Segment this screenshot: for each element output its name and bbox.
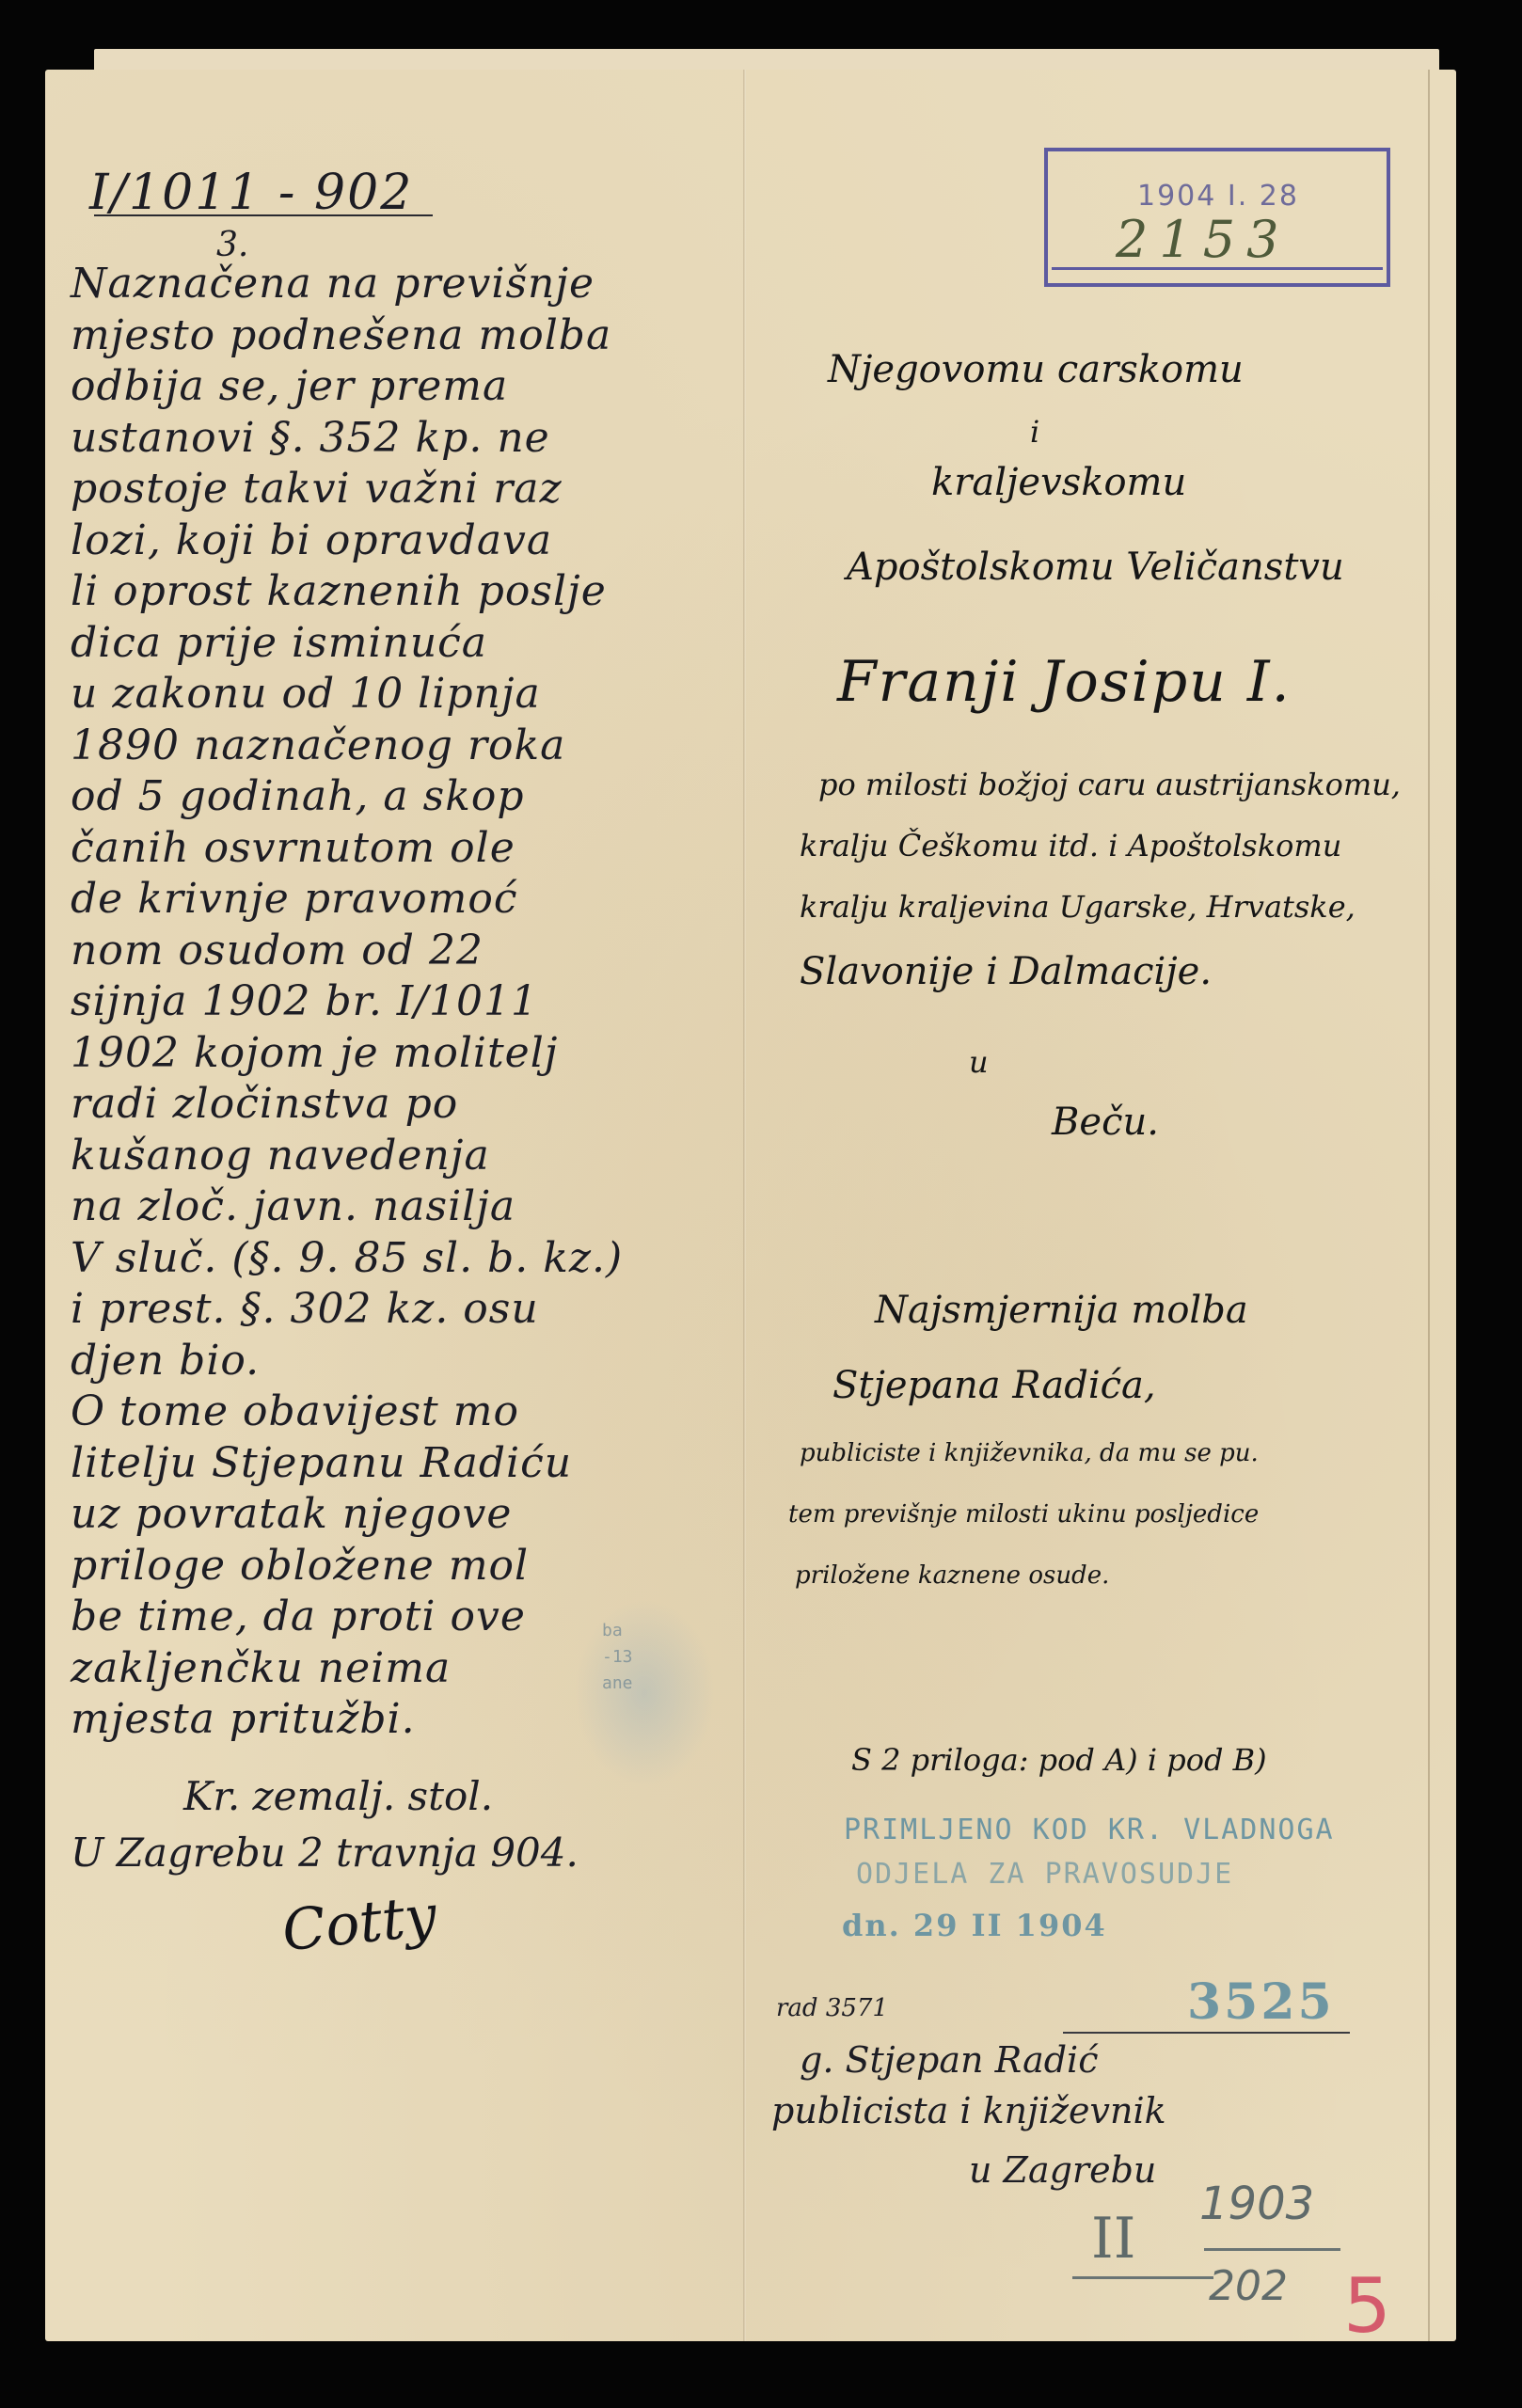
petition-heading: Najsmjernija molba — [875, 1289, 1248, 1332]
decision-text: Naznačena na previšnje mjesto podnešena … — [71, 259, 729, 1746]
text-line: uz povratak njegove — [71, 1489, 729, 1541]
subject-line: priložene kaznene osude. — [795, 1561, 1109, 1590]
text-line: de krivnje pravomoć — [71, 874, 729, 926]
registry-stamp-date: 1904 I. 28 — [1137, 180, 1299, 213]
pencil-roman: II — [1091, 2206, 1135, 2272]
registry-stamp-number: 2153 — [1116, 210, 1290, 269]
text-line: 1890 naznačenog roka — [71, 721, 729, 772]
center-fold — [743, 70, 746, 2341]
pencil-rule — [1072, 2276, 1213, 2279]
place-date: U Zagrebu 2 travnja 904. — [71, 1825, 579, 1881]
text-line: priloge obložene mol — [71, 1541, 729, 1592]
reference-underline — [94, 214, 433, 216]
stamp-fragment: ane — [602, 1671, 715, 1697]
address-conjunction: i — [1030, 414, 1039, 450]
text-line: u zakonu od 10 lipnja — [71, 669, 729, 721]
stamp-fragment: -13 — [602, 1644, 715, 1671]
text-line: sijnja 1902 br. I/1011 — [71, 976, 729, 1028]
stamp-rule — [1052, 267, 1383, 270]
receipt-stamp-date: dn. 29 II 1904 — [842, 1908, 1107, 1943]
registry-stamp: 1904 I. 28 2153 — [1044, 148, 1390, 287]
text-line: i prest. §. 302 kz. osu — [71, 1284, 729, 1336]
text-line: nom osudom od 22 — [71, 926, 729, 977]
subject-line: tem previšnje milosti ukinu posljedice — [788, 1500, 1259, 1529]
stamp-fragment: ba — [602, 1618, 715, 1644]
pencil-fraction-bar — [1204, 2248, 1340, 2251]
text-line: od 5 godinah, a skop — [71, 771, 729, 823]
text-line: djen bio. — [71, 1336, 729, 1387]
title-line: kralju Češkomu itd. i Apoštolskomu — [800, 828, 1341, 863]
addressee-city: u Zagrebu — [969, 2149, 1156, 2191]
subject-line: publiciste i književnika, da mu se pu. — [800, 1439, 1259, 1467]
receipt-stamp-line-1: PRIMLJENO KOD KR. VLADNOGA — [844, 1814, 1335, 1846]
addressee-profession: publicista i književnik — [771, 2090, 1166, 2131]
text-line: dica prije isminuća — [71, 618, 729, 670]
underline — [1063, 2032, 1350, 2034]
text-line: mjesto podnešena molba — [71, 310, 729, 362]
text-line: li oprost kaznenih poslje — [71, 566, 729, 618]
petitioner-name: Stjepana Radića, — [832, 1364, 1156, 1407]
text-line: lozi, koji bi opravdava — [71, 515, 729, 567]
sheet-right-edge — [1428, 70, 1430, 2341]
receipt-stamp-line-2: ODJELA ZA PRAVOSUDJE — [856, 1858, 1233, 1891]
attachments-note: S 2 priloga: pod A) i pod B) — [851, 1742, 1267, 1778]
annotation-ref: rad 3571 — [776, 1994, 888, 2022]
location-prep: u — [969, 1044, 989, 1080]
address-line-3: Apoštolskomu Veličanstvu — [847, 546, 1344, 589]
recipient-name: Franji Josipu I. — [837, 649, 1292, 715]
court-name: Kr. zemalj. stol. — [71, 1768, 579, 1825]
reference-number: I/1011 - 902 — [89, 165, 413, 221]
text-line: na zloč. javn. nasilja — [71, 1181, 729, 1233]
faded-stamp: ba -13 ane — [574, 1599, 715, 1787]
address-line-2: kraljevskomu — [931, 461, 1186, 504]
text-line: O tome obavijest mo — [71, 1386, 729, 1438]
text-line: Naznačena na previšnje — [71, 259, 729, 310]
pencil-denominator: 202 — [1209, 2262, 1288, 2310]
title-line: po milosti božjoj caru austrijanskomu, — [818, 767, 1401, 802]
text-line: 1902 kojom je molitelj — [71, 1028, 729, 1080]
red-page-number: 5 — [1343, 2262, 1391, 2350]
title-line: kralju kraljevina Ugarske, Hrvatske, — [800, 889, 1356, 925]
text-line: odbija se, jer prema — [71, 361, 729, 413]
title-line: Slavonije i Dalmacije. — [800, 950, 1212, 993]
receipt-stamp-number: 3525 — [1187, 1973, 1335, 2031]
location: Beču. — [1052, 1101, 1159, 1144]
text-line: kušanog navedenja — [71, 1131, 729, 1182]
text-line: V sluč. (§. 9. 85 sl. b. kz.) — [71, 1233, 729, 1285]
text-line: ustanovi §. 352 kp. ne — [71, 413, 729, 465]
text-line: radi zločinstva po — [71, 1079, 729, 1131]
pencil-year: 1903 — [1199, 2178, 1314, 2230]
closing-block: Kr. zemalj. stol. U Zagrebu 2 travnja 90… — [71, 1768, 579, 1881]
text-line: litelju Stjepanu Radiću — [71, 1438, 729, 1490]
addressee-name: g. Stjepan Radić — [800, 2039, 1099, 2081]
text-line: postoje takvi važni raz — [71, 464, 729, 515]
text-line: čanih osvrnutom ole — [71, 823, 729, 875]
address-line-1: Njegovomu carskomu — [828, 348, 1244, 391]
